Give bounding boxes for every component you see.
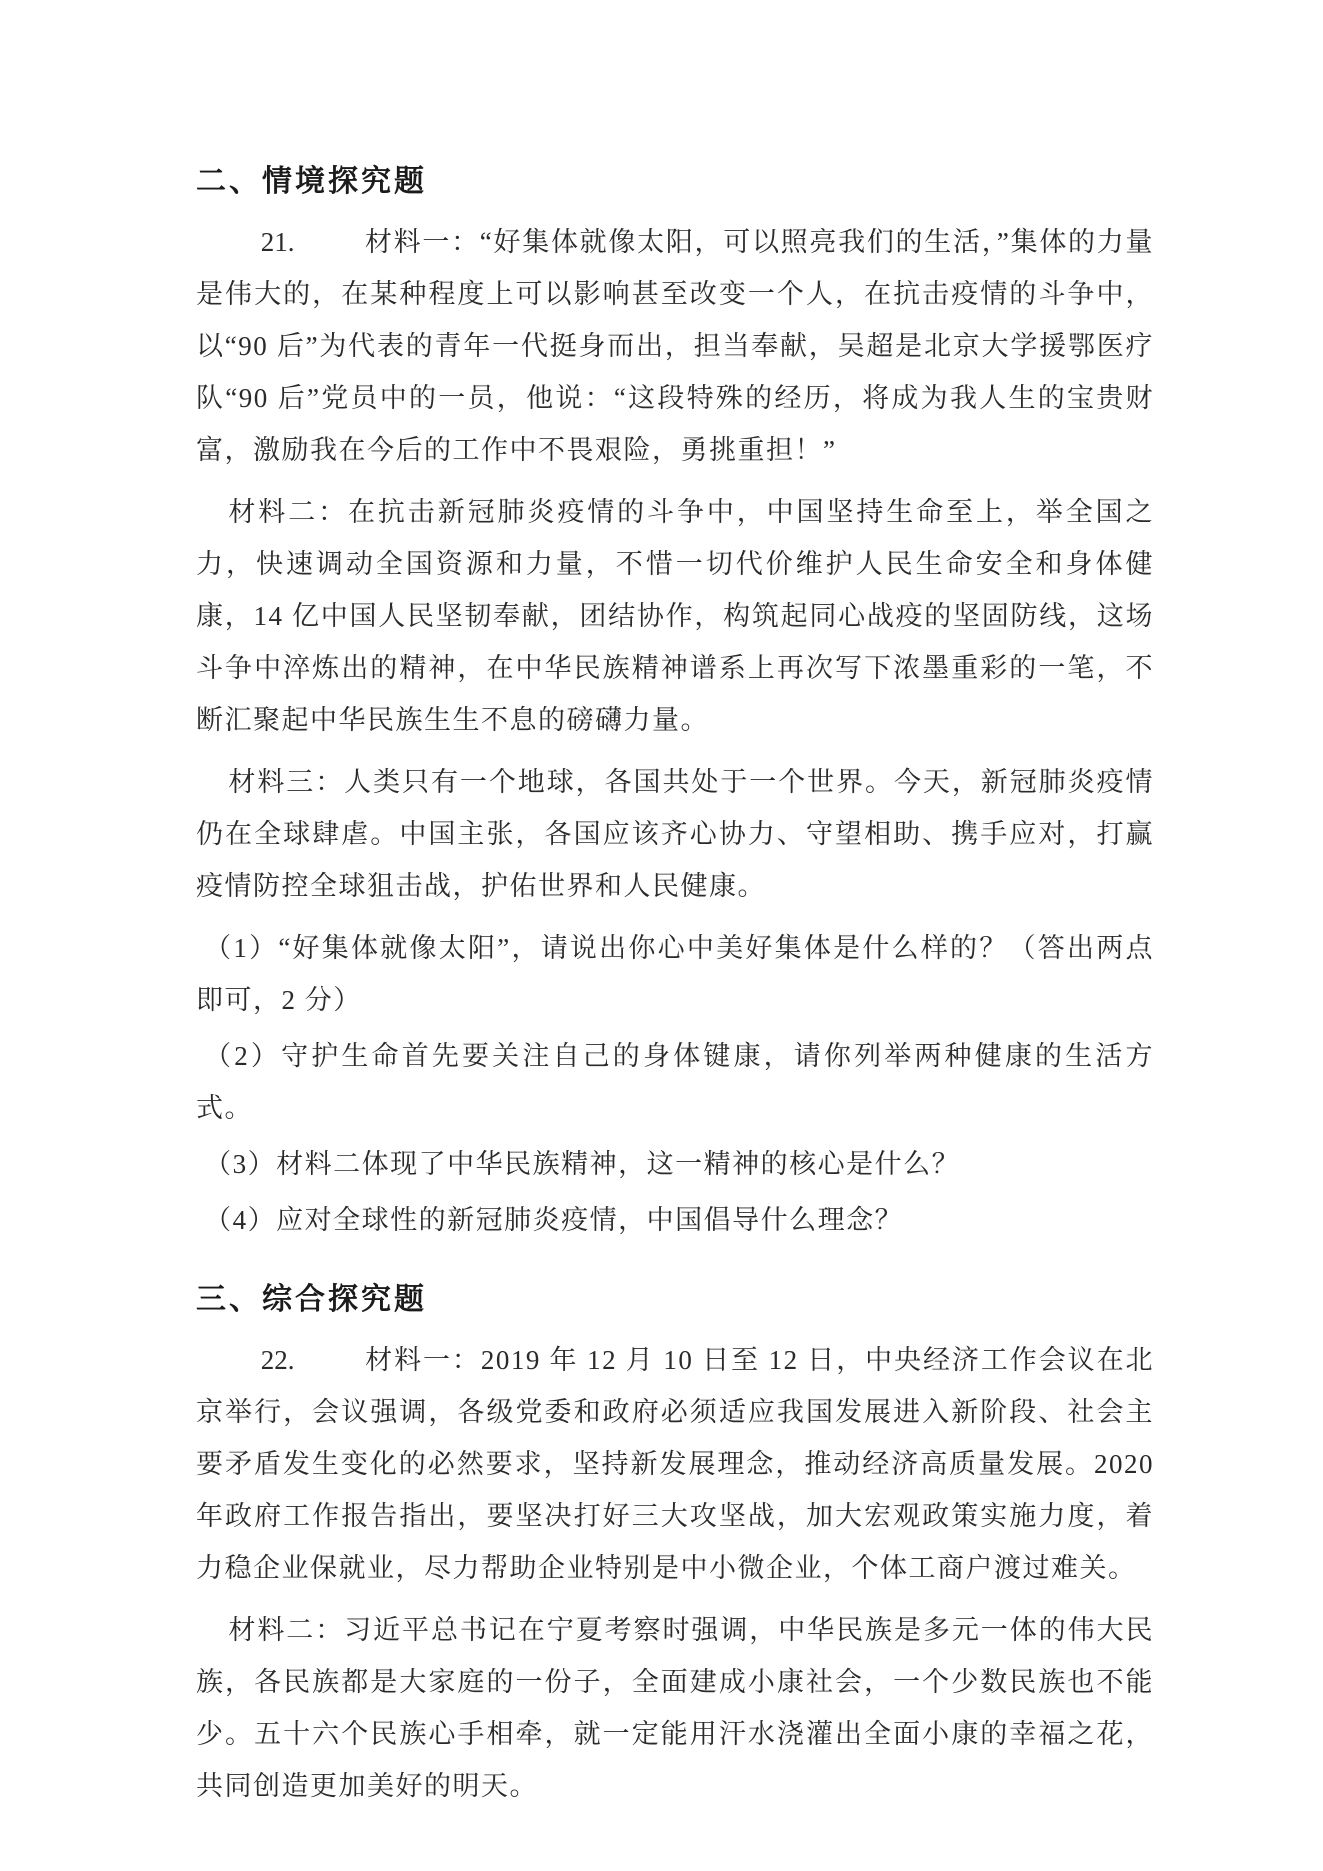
question-21-subquestion-1: （1）“好集体就像太阳”，请说出你心中美好集体是什么样的？（答出两点即可，2 分…: [196, 922, 1154, 1026]
question-21-subquestion-2: （2）守护生命首先要关注自己的身体键康，请你列举两种健康的生活方式。: [196, 1030, 1154, 1134]
question-21-material-1: 材料一：“好集体就像太阳，可以照亮我们的生活，”集体的力量是伟大的，在某种程度上…: [196, 227, 1154, 465]
section-heading: 三、综合探究题: [196, 1280, 1154, 1320]
question-22-material-1: 材料一：2019 年 12 月 10 日至 12 日，中央经济工作会议在北京举行…: [196, 1345, 1154, 1583]
question-22-intro-paragraph: 22.材料一：2019 年 12 月 10 日至 12 日，中央经济工作会议在北…: [196, 1334, 1154, 1594]
question-21-subquestion-3: （3）材料二体现了中华民族精神，这一精神的核心是什么？: [196, 1138, 1154, 1190]
question-21-number: 21.: [228, 216, 294, 268]
question-21-material-2: 材料二：在抗击新冠肺炎疫情的斗争中，中国坚持生命至上，举全国之力，快速调动全国资…: [196, 486, 1154, 746]
question-21-intro-paragraph: 21.材料一：“好集体就像太阳，可以照亮我们的生活，”集体的力量是伟大的，在某种…: [196, 216, 1154, 476]
section-situational-inquiry: 二、情境探究题 21.材料一：“好集体就像太阳，可以照亮我们的生活，”集体的力量…: [196, 162, 1154, 1246]
question-22-number: 22.: [228, 1334, 294, 1386]
document-page: 二、情境探究题 21.材料一：“好集体就像太阳，可以照亮我们的生活，”集体的力量…: [0, 0, 1323, 1871]
question-22-material-2: 材料二：习近平总书记在宁夏考察时强调，中华民族是多元一体的伟大民族，各民族都是大…: [196, 1604, 1154, 1812]
page-content: 二、情境探究题 21.材料一：“好集体就像太阳，可以照亮我们的生活，”集体的力量…: [196, 162, 1154, 1822]
section-comprehensive-inquiry: 三、综合探究题 22.材料一：2019 年 12 月 10 日至 12 日，中央…: [196, 1280, 1154, 1812]
section-heading: 二、情境探究题: [196, 162, 1154, 202]
question-21-material-3: 材料三：人类只有一个地球，各国共处于一个世界。今天，新冠肺炎疫情仍在全球肆虐。中…: [196, 756, 1154, 912]
question-21-subquestion-4: （4）应对全球性的新冠肺炎疫情，中国倡导什么理念？: [196, 1194, 1154, 1246]
